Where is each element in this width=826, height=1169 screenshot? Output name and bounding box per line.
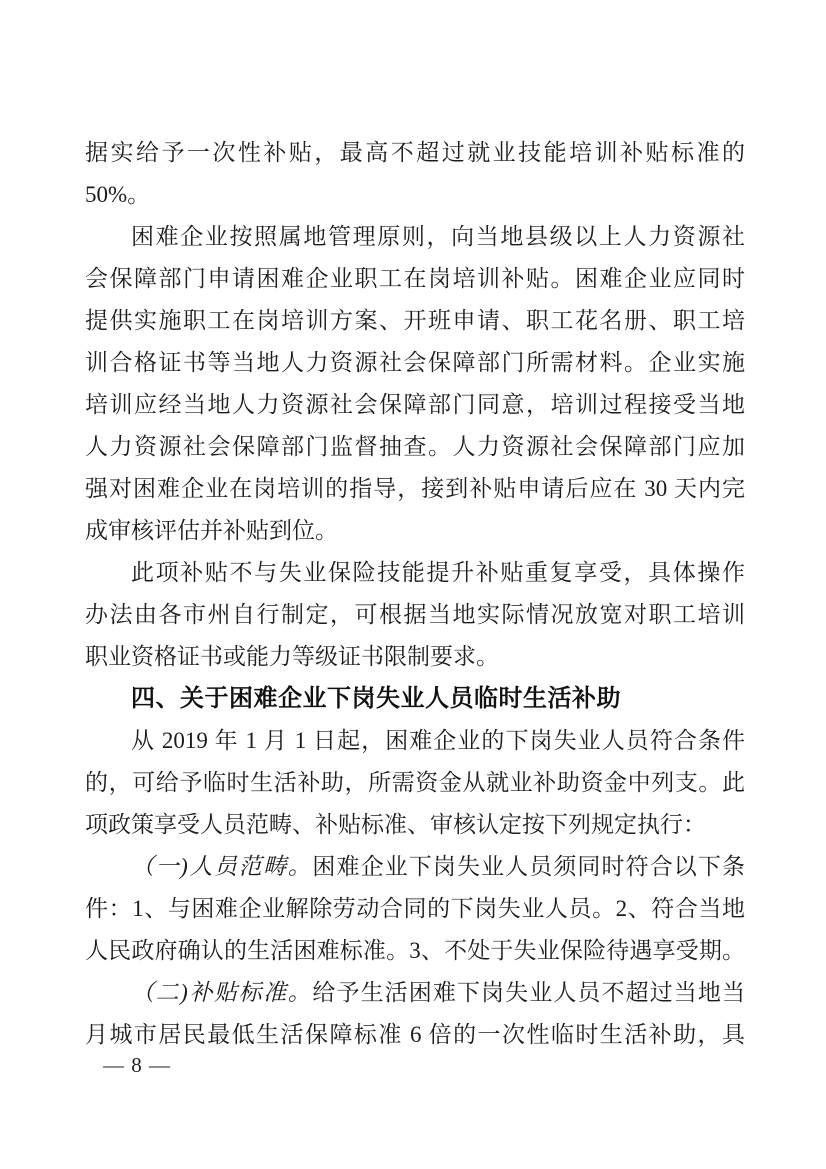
text-line: 50%。 bbox=[85, 174, 745, 216]
text-line: 此项补贴不与失业保险技能提升补贴重复享受，具体操作 bbox=[85, 552, 745, 594]
text-line: 项政策享受人员范畴、补贴标准、审核认定按下列规定执行： bbox=[85, 804, 745, 846]
text-line: 强对困难企业在岗培训的指导，接到补贴申请后应在 30 天内完 bbox=[85, 468, 745, 510]
text-line: 培训应经当地人力资源社会保障部门同意，培训过程接受当地 bbox=[85, 384, 745, 426]
page-number: — 8 — bbox=[103, 1051, 171, 1079]
text-line: 月城市居民最低生活保障标准 6 倍的一次性临时生活补助，具 bbox=[85, 1014, 745, 1056]
line-text: 50%。 bbox=[85, 182, 150, 207]
text-line: 困难企业按照属地管理原则，向当地县级以上人力资源社 bbox=[85, 216, 745, 258]
text-line: 会保障部门申请困难企业职工在岗培训补贴。困难企业应同时 bbox=[85, 258, 745, 300]
text-line: 从 2019 年 1 月 1 日起，困难企业的下岗失业人员符合条件 bbox=[85, 720, 745, 762]
text-line: 提供实施职工在岗培训方案、开班申请、职工花名册、职工培 bbox=[85, 300, 745, 342]
line-text: 项政策享受人员范畴、补贴标准、审核认定按下列规定执行： bbox=[85, 812, 706, 837]
line-text: 的，可给予临时生活补助，所需资金从就业补助资金中列支。此 bbox=[85, 770, 745, 795]
text-line: 办法由各市州自行制定，可根据当地实际情况放宽对职工培训 bbox=[85, 594, 745, 636]
line-text: 四、关于困难企业下岗失业人员临时生活补助 bbox=[131, 685, 621, 712]
text-line: 的，可给予临时生活补助，所需资金从就业补助资金中列支。此 bbox=[85, 762, 745, 804]
line-text: 此项补贴不与失业保险技能提升补贴重复享受，具体操作 bbox=[131, 560, 745, 585]
line-text: 职业资格证书或能力等级证书限制要求。 bbox=[85, 644, 499, 669]
line-text: 人民政府确认的生活困难标准。3、不处于失业保险待遇享受期。 bbox=[85, 938, 745, 963]
line-text: 从 2019 年 1 月 1 日起，困难企业的下岗失业人员符合条件 bbox=[131, 728, 745, 753]
line-text: 强对困难企业在岗培训的指导，接到补贴申请后应在 30 天内完 bbox=[85, 476, 745, 501]
kai-lead-in: （二)补贴标准。 bbox=[131, 980, 312, 1005]
line-text: 困难企业按照属地管理原则，向当地县级以上人力资源社 bbox=[131, 224, 745, 249]
line-text: 会保障部门申请困难企业职工在岗培训补贴。困难企业应同时 bbox=[85, 266, 745, 291]
text-block: 据实给予一次性补贴，最高不超过就业技能培训补贴标准的50%。困难企业按照属地管理… bbox=[85, 132, 745, 1056]
text-line: 人力资源社会保障部门监督抽查。人力资源社会保障部门应加 bbox=[85, 426, 745, 468]
line-text: 培训应经当地人力资源社会保障部门同意，培训过程接受当地 bbox=[85, 392, 745, 417]
text-line: （二)补贴标准。给予生活困难下岗失业人员不超过当地当 bbox=[85, 972, 745, 1014]
line-text: 办法由各市州自行制定，可根据当地实际情况放宽对职工培训 bbox=[85, 602, 745, 627]
line-text: 人力资源社会保障部门监督抽查。人力资源社会保障部门应加 bbox=[85, 434, 745, 459]
text-line: 训合格证书等当地人力资源社会保障部门所需材料。企业实施 bbox=[85, 342, 745, 384]
text-line: 职业资格证书或能力等级证书限制要求。 bbox=[85, 636, 745, 678]
line-text: 给予生活困难下岗失业人员不超过当地当 bbox=[312, 980, 745, 1005]
section-heading: 四、关于困难企业下岗失业人员临时生活补助 bbox=[85, 678, 745, 720]
document-page: 据实给予一次性补贴，最高不超过就业技能培训补贴标准的50%。困难企业按照属地管理… bbox=[0, 0, 826, 1169]
line-text: 困难企业下岗失业人员须同时符合以下条 bbox=[312, 854, 745, 879]
text-line: 据实给予一次性补贴，最高不超过就业技能培训补贴标准的 bbox=[85, 132, 745, 174]
text-line: 人民政府确认的生活困难标准。3、不处于失业保险待遇享受期。 bbox=[85, 930, 745, 972]
line-text: 件：1、与困难企业解除劳动合同的下岗失业人员。2、符合当地 bbox=[85, 896, 745, 921]
kai-lead-in: （一)人员范畴。 bbox=[131, 854, 312, 879]
line-text: 据实给予一次性补贴，最高不超过就业技能培训补贴标准的 bbox=[85, 140, 745, 165]
text-line: 件：1、与困难企业解除劳动合同的下岗失业人员。2、符合当地 bbox=[85, 888, 745, 930]
line-text: 训合格证书等当地人力资源社会保障部门所需材料。企业实施 bbox=[85, 350, 745, 375]
line-text: 月城市居民最低生活保障标准 6 倍的一次性临时生活补助，具 bbox=[85, 1022, 745, 1047]
text-line: 成审核评估并补贴到位。 bbox=[85, 510, 745, 552]
line-text: 成审核评估并补贴到位。 bbox=[85, 518, 338, 543]
line-text: 提供实施职工在岗培训方案、开班申请、职工花名册、职工培 bbox=[85, 308, 745, 333]
text-line: （一)人员范畴。困难企业下岗失业人员须同时符合以下条 bbox=[85, 846, 745, 888]
